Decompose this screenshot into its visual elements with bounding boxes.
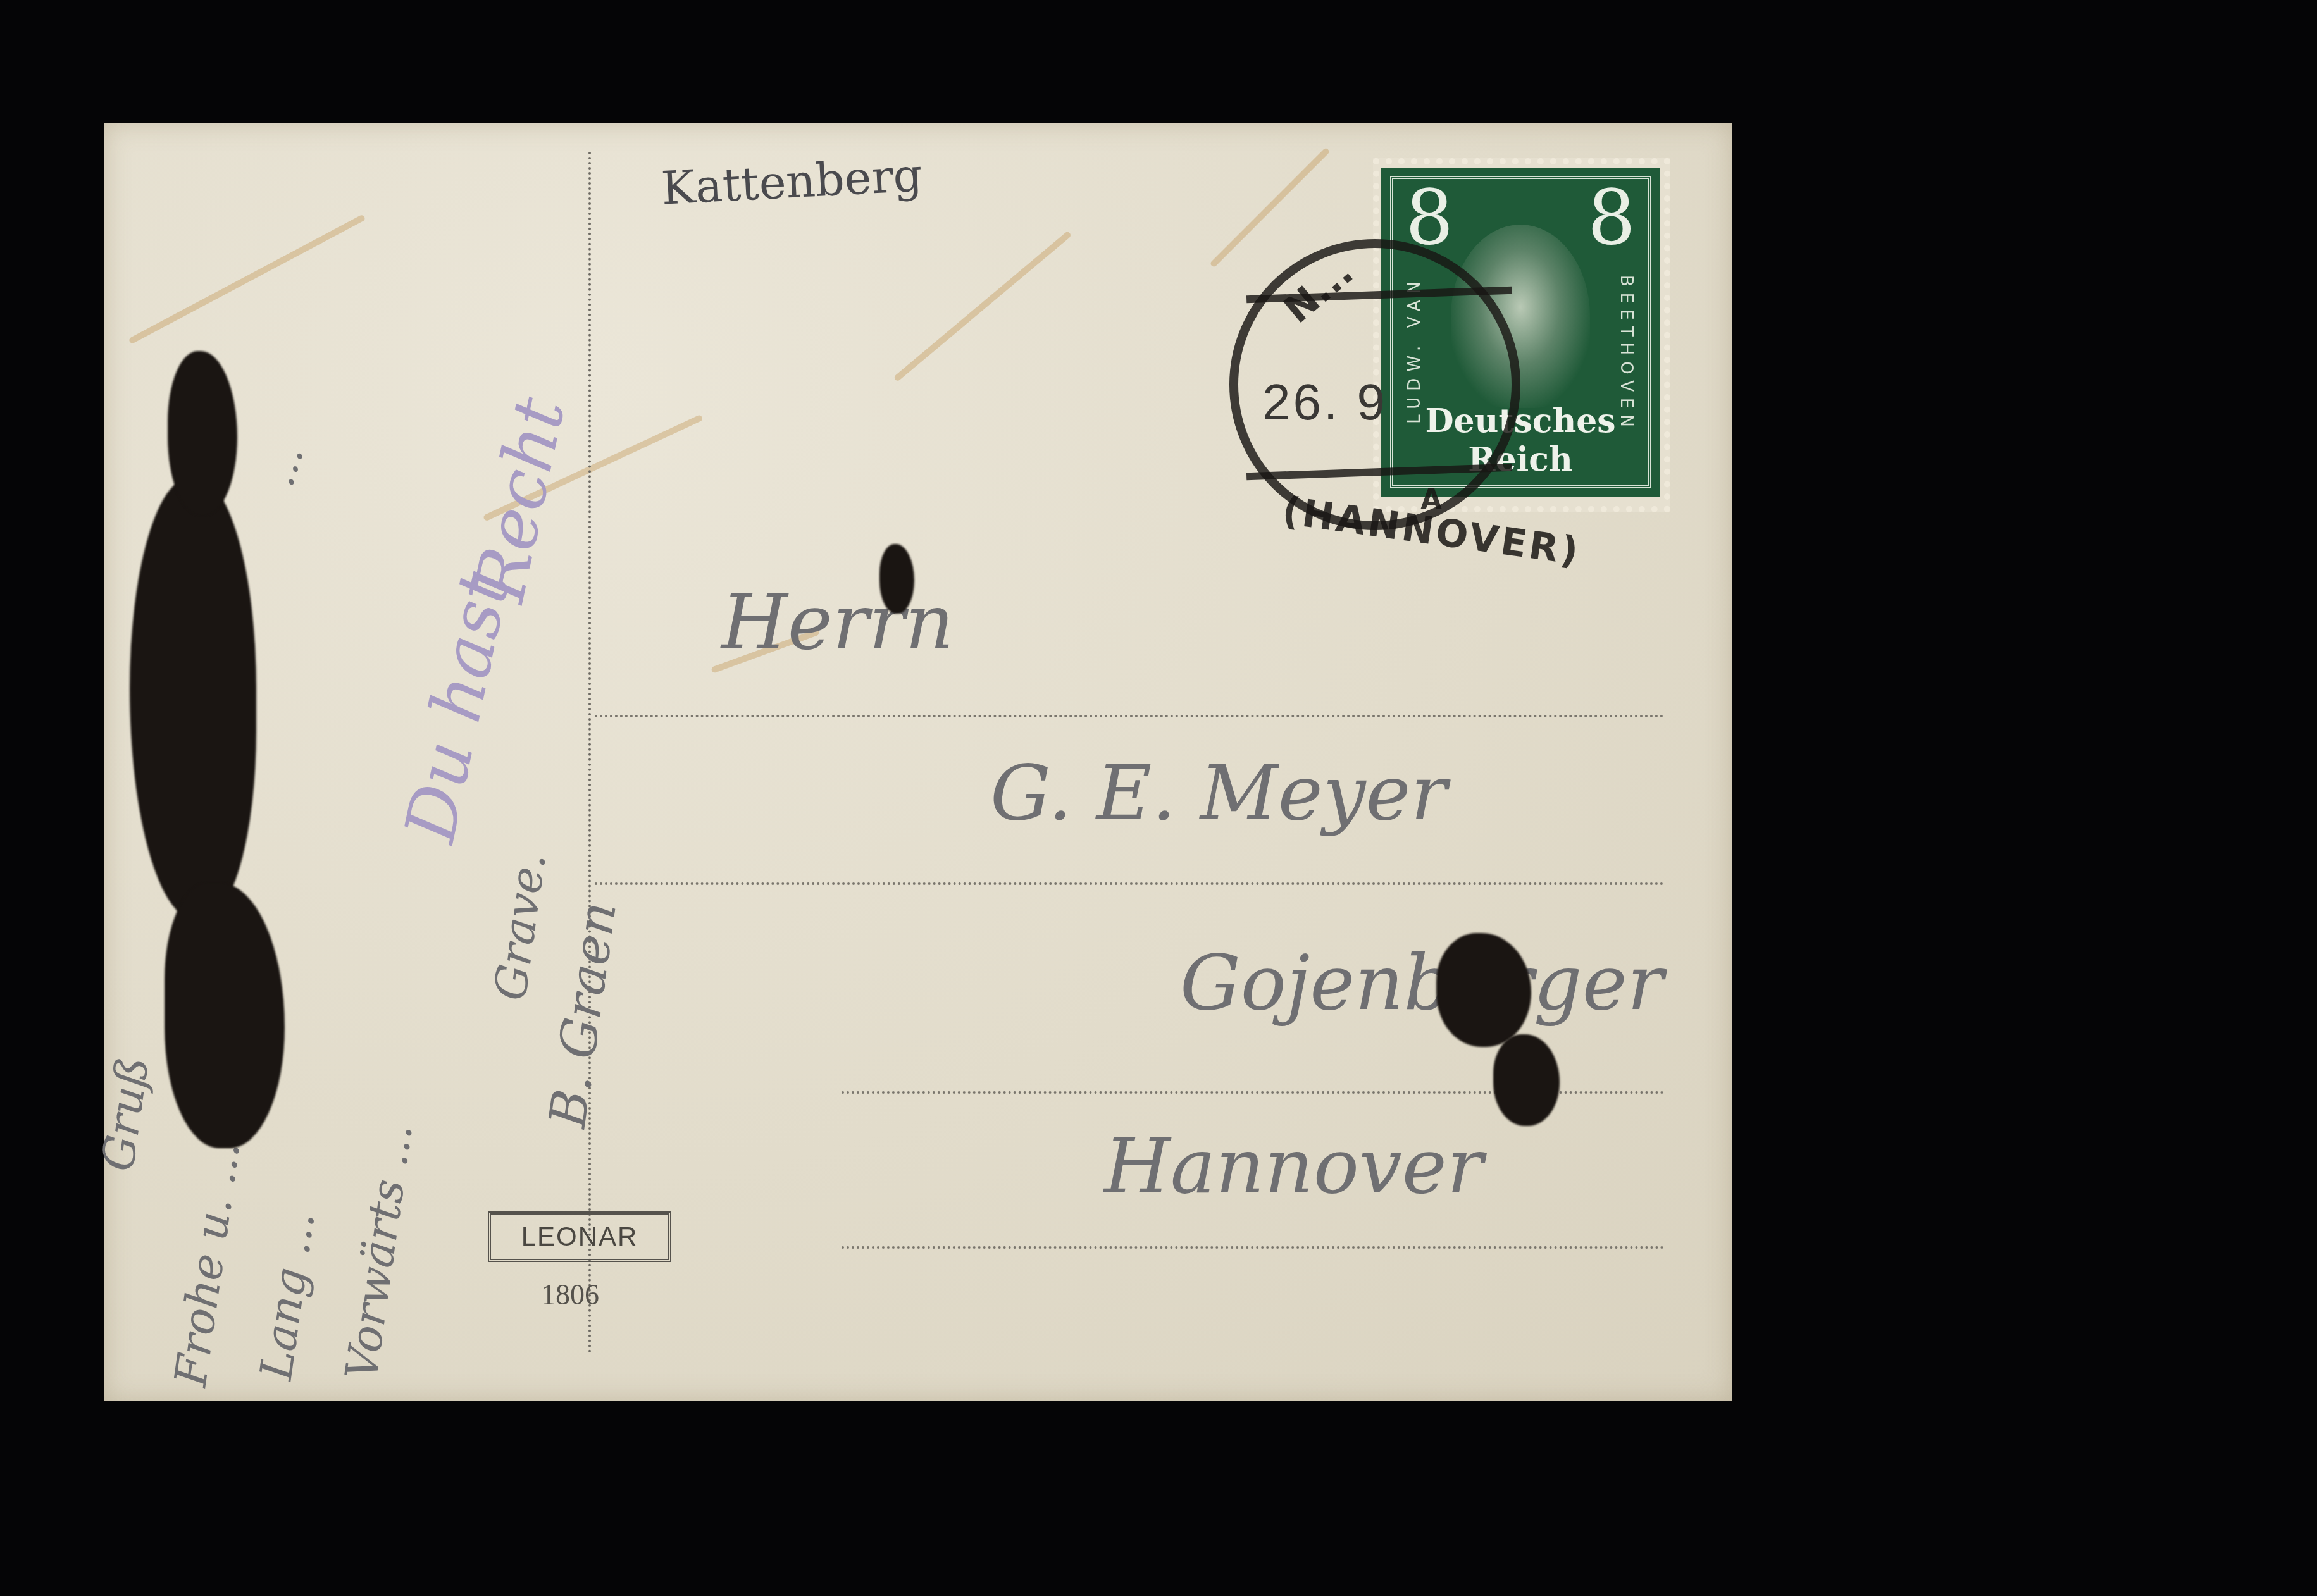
stamp-value-right: 8: [1587, 180, 1636, 256]
ink-blot: [165, 882, 285, 1148]
address-line-3: Gojenberger: [1180, 939, 1663, 1027]
violet-message-line: Recht: [459, 391, 581, 609]
message-line: Vorwärts ...: [335, 1120, 423, 1383]
publisher-mark: LEONAR: [488, 1211, 671, 1262]
stain: [128, 214, 366, 344]
postmark-date: 26. 9: [1262, 373, 1388, 431]
center-divider: [588, 152, 591, 1354]
place-annotation: Kattenberg: [660, 148, 924, 214]
address-line: [595, 882, 1664, 885]
publisher-number: 1806: [541, 1278, 599, 1311]
address-line-4: Hannover: [1104, 1123, 1483, 1211]
address-line-1: Herrn: [721, 579, 954, 667]
postcard: Kattenberg Herrn G. E. Meyer Gojenberger…: [104, 123, 1732, 1401]
message-line-top: …: [256, 439, 313, 492]
ink-blot: [130, 478, 256, 920]
message-signature: B. Graen: [538, 898, 628, 1131]
address-line: [842, 1246, 1664, 1249]
ink-blot: [1493, 1034, 1560, 1126]
address-line-2: G. E. Meyer: [990, 750, 1447, 838]
message-line: Gruß: [92, 1054, 159, 1175]
address-line: [595, 715, 1664, 717]
message-line: Frohe u. ...: [165, 1139, 250, 1390]
stain: [1209, 147, 1330, 268]
violet-message-line: Du hast: [389, 565, 525, 848]
message-line: Grave.: [484, 850, 556, 1003]
stain: [893, 231, 1072, 382]
message-line: Lang ...: [250, 1208, 325, 1383]
ink-blot: [168, 351, 237, 516]
ink-blot: [879, 544, 914, 614]
